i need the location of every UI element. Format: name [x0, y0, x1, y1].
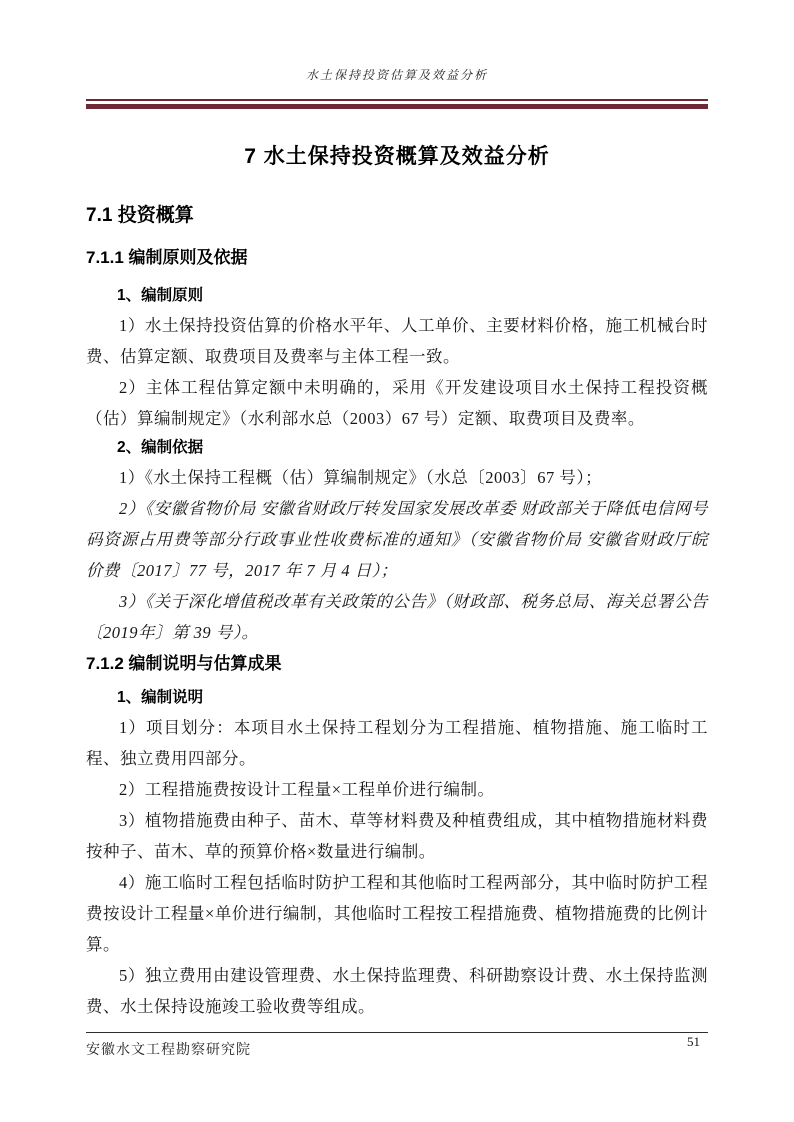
running-head-title: 水土保持投资估算及效益分析: [86, 66, 708, 83]
section-heading-7-1-2: 7.1.2 编制说明与估算成果: [86, 652, 708, 676]
paragraph-note-4: 4）施工临时工程包括临时防护工程和其他临时工程两部分，其中临时防护工程费按设计工…: [86, 867, 708, 960]
document-page: 水土保持投资估算及效益分析 7 水土保持投资概算及效益分析 7.1 投资概算 7…: [0, 0, 794, 1122]
section-heading-7-1: 7.1 投资概算: [86, 202, 708, 230]
paragraph-note-2: 2）工程措施费按设计工程量×工程单价进行编制。: [86, 774, 708, 805]
footer-rule: [86, 1032, 708, 1033]
subheading-compilation-notes: 1、编制说明: [86, 684, 708, 712]
subheading-compilation-basis: 2、编制依据: [86, 434, 708, 462]
paragraph-basis-2: 2）《安徽省物价局 安徽省财政厅转发国家发展改革委 财政部关于降低电信网号码资源…: [86, 493, 708, 586]
footer-organization: 安徽水文工程勘察研究院: [86, 1039, 251, 1059]
document-body: 7 水土保持投资概算及效益分析 7.1 投资概算 7.1.1 编制原则及依据 1…: [86, 128, 708, 1022]
paragraph-basis-3: 3）《关于深化增值税改革有关政策的公告》（财政部、税务总局、海关总署公告〔201…: [86, 586, 708, 648]
paragraph-note-5: 5）独立费用由建设管理费、水土保持监理费、科研勘察设计费、水土保持监测费、水土保…: [86, 960, 708, 1022]
chapter-title: 7 水土保持投资概算及效益分析: [86, 142, 708, 172]
paragraph-note-1: 1）项目划分：本项目水土保持工程划分为工程措施、植物措施、施工临时工程、独立费用…: [86, 712, 708, 774]
header-double-rule: [86, 99, 708, 109]
paragraph-principle-1: 1）水土保持投资估算的价格水平年、人工单价、主要材料价格，施工机械台时费、估算定…: [86, 310, 708, 372]
subheading-compilation-principles: 1、编制原则: [86, 282, 708, 310]
section-heading-7-1-1: 7.1.1 编制原则及依据: [86, 246, 708, 270]
paragraph-principle-2: 2）主体工程估算定额中未明确的，采用《开发建设项目水土保持工程投资概（估）算编制…: [86, 372, 708, 434]
paragraph-basis-1: 1）《水土保持工程概（估）算编制规定》（水总〔2003〕67 号）；: [86, 462, 708, 493]
paragraph-note-3: 3）植物措施费由种子、苗木、草等材料费及种植费组成，其中植物措施材料费按种子、苗…: [86, 805, 708, 867]
